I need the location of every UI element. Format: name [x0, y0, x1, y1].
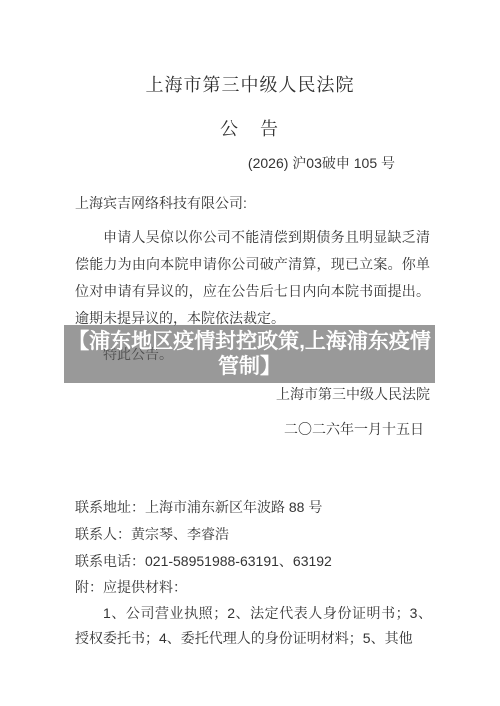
- overlay-caption-banner: 【浦东地区疫情封控政策,上海浦东疫情管制】: [64, 325, 435, 383]
- required-materials-list: 1、公司营业执照；2、法定代表人身份证明书；3、授权委托书；4、委托代理人的身份…: [75, 601, 432, 651]
- contact-phone: 联系电话：021-58951988-63191、63192: [75, 551, 440, 571]
- announcement-title: 公 告: [0, 115, 500, 141]
- case-number: (2026) 沪03破申 105 号: [0, 153, 395, 173]
- signature-court: 上海市第三中级人民法院: [0, 384, 430, 404]
- contact-address: 联系地址：上海市浦东新区年波路 88 号: [75, 497, 440, 517]
- contact-person: 联系人：黄宗琴、李睿浩: [75, 524, 440, 544]
- court-announcement-page: 上海市第三中级人民法院 公 告 (2026) 沪03破申 105 号 上海宾吉网…: [0, 0, 500, 706]
- signature-date: 二〇二六年一月十五日: [0, 419, 424, 439]
- attachment-label: 附：应提供材料：: [75, 577, 440, 597]
- announcement-body: 申请人吴倞以你公司不能清偿到期债务且明显缺乏清偿能力为由向本院申请你公司破产清算…: [75, 224, 430, 332]
- addressee-company: 上海宾吉网络科技有限公司:: [75, 193, 247, 213]
- court-title: 上海市第三中级人民法院: [0, 71, 500, 97]
- overlay-caption-text: 【浦东地区疫情封控政策,上海浦东疫情管制】: [66, 329, 433, 379]
